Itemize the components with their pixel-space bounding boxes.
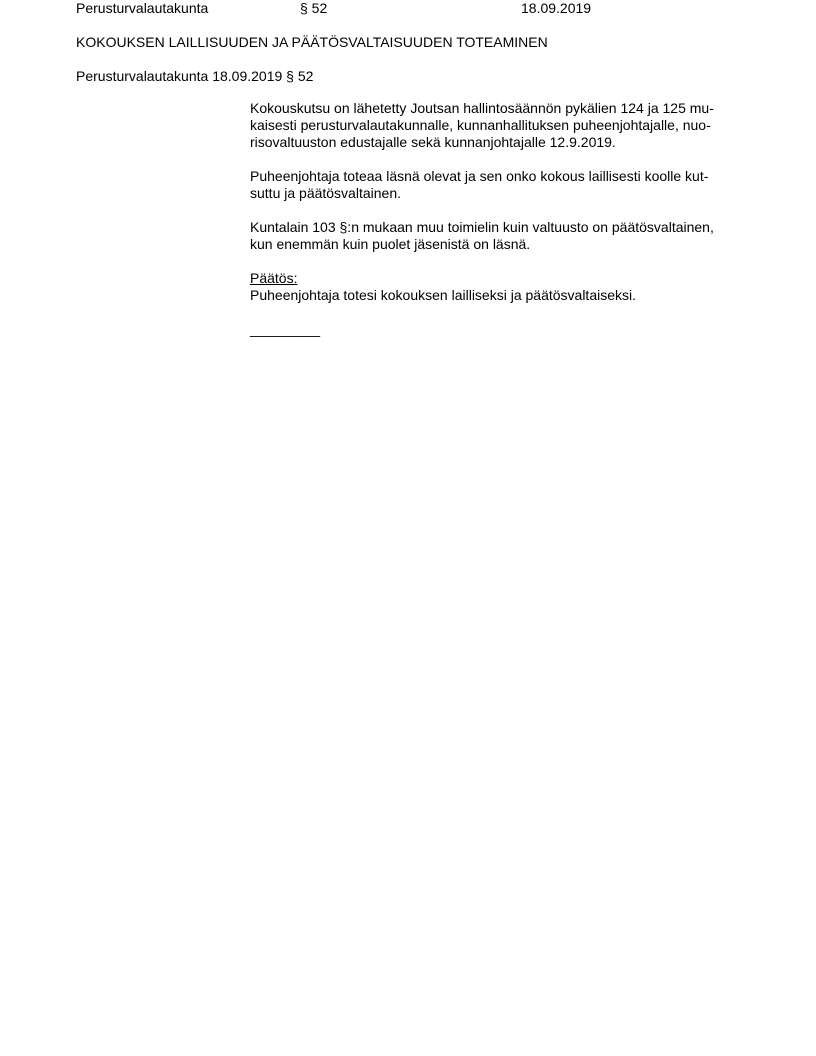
paragraph-line: Puheenjohtaja toteaa läsnä olevat ja sen… — [250, 168, 740, 185]
decision-label: Päätös: — [250, 270, 740, 287]
decision-text: Puheenjohtaja totesi kokouksen laillisek… — [250, 287, 740, 304]
paragraph-line: Kuntalain 103 §:n mukaan muu toimielin k… — [250, 219, 740, 236]
reference-line: Perusturvalautakunta 18.09.2019 § 52 — [76, 68, 313, 84]
paragraph-invitation: Kokouskutsu on lähetetty Joutsan hallint… — [250, 100, 740, 151]
paragraph-line: kun enemmän kuin puolet jäsenistä on läs… — [250, 236, 740, 253]
document-title: KOKOUKSEN LAILLISUUDEN JA PÄÄTÖSVALTAISU… — [76, 34, 548, 50]
decision-block: Päätös: Puheenjohtaja totesi kokouksen l… — [250, 270, 740, 304]
paragraph-line: risovaltuuston edustajalle sekä kunnanjo… — [250, 134, 740, 151]
paragraph-line: kaisesti perusturvalautakunnalle, kunnan… — [250, 117, 740, 134]
header-body-name: Perusturvalautakunta — [76, 0, 208, 16]
document-body: Kokouskutsu on lähetetty Joutsan hallint… — [250, 100, 740, 338]
paragraph-law: Kuntalain 103 §:n mukaan muu toimielin k… — [250, 219, 740, 253]
paragraph-chair: Puheenjohtaja toteaa läsnä olevat ja sen… — [250, 168, 740, 202]
paragraph-line: suttu ja päätösvaltainen. — [250, 185, 740, 202]
header-section: § 52 — [300, 0, 327, 16]
header-date: 18.09.2019 — [521, 0, 591, 16]
signature-line: _________ — [250, 321, 740, 338]
paragraph-line: Kokouskutsu on lähetetty Joutsan hallint… — [250, 100, 740, 117]
